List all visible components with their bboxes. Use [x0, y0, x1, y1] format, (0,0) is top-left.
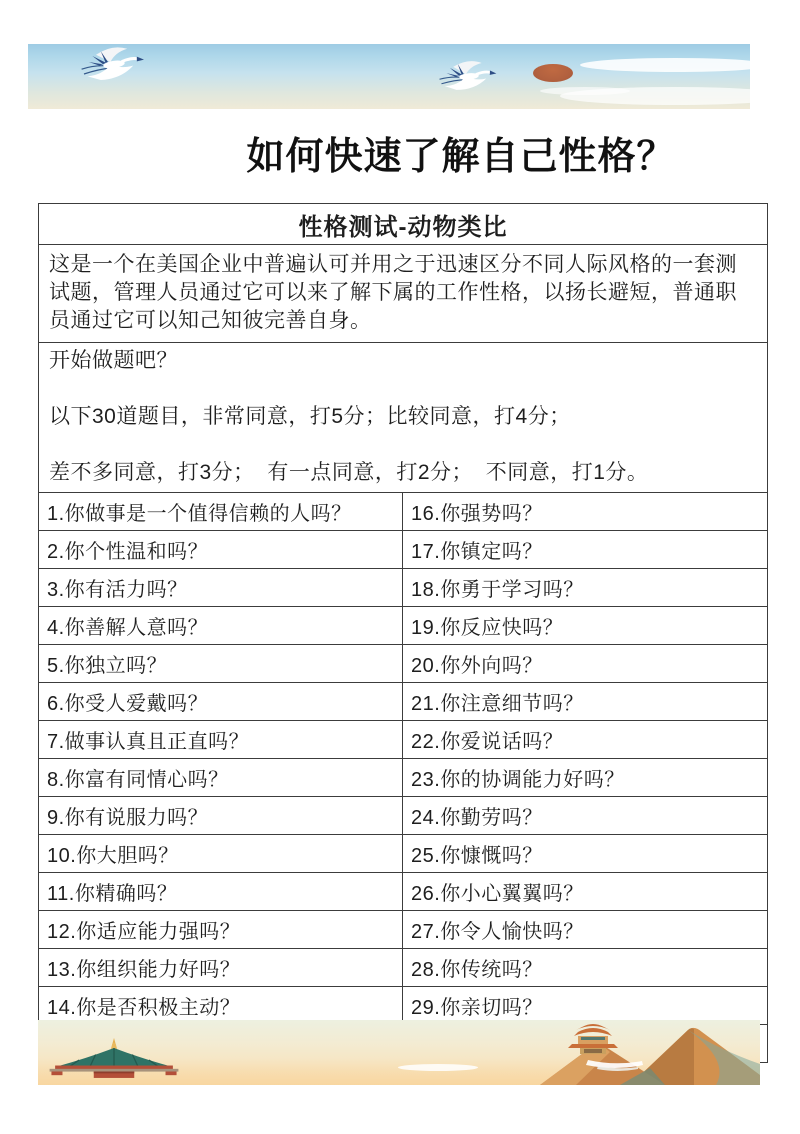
question-cell: 17.你镇定吗？	[403, 531, 767, 568]
question-cell: 7.做事认真且正直吗？	[39, 721, 403, 758]
table-row: 14.你是否积极主动？ 29.你亲切吗？	[39, 986, 767, 1024]
question-cell: 22.你爱说话吗？	[403, 721, 767, 758]
gate-tower-icon	[568, 1024, 618, 1054]
table-row: 8.你富有同情心吗？ 23.你的协调能力好吗？	[39, 758, 767, 796]
question-cell: 8.你富有同情心吗？	[39, 759, 403, 796]
table-row: 5.你独立吗？ 20.你外向吗？	[39, 644, 767, 682]
question-cell: 16.你强势吗？	[403, 493, 767, 530]
question-cell: 9.你有说服力吗？	[39, 797, 403, 834]
question-cell: 18.你勇于学习吗？	[403, 569, 767, 606]
cloud-shape	[580, 58, 750, 72]
crane-icon	[425, 56, 513, 98]
question-cell: 12.你适应能力强吗？	[39, 911, 403, 948]
question-cell: 2.你个性温和吗？	[39, 531, 403, 568]
mountains-icon	[480, 1020, 760, 1085]
instruction-line: 开始做题吧？	[49, 349, 178, 372]
table-header: 性格测试-动物类比	[39, 204, 767, 244]
question-cell: 25.你慷慨吗？	[403, 835, 767, 872]
footer-banner	[38, 1020, 760, 1085]
table-row: 6.你受人爱戴吗？ 21.你注意细节吗？	[39, 682, 767, 720]
header-banner	[28, 44, 750, 109]
table-row: 1.你做事是一个值得信赖的人吗？ 16.你强势吗？	[39, 492, 767, 530]
table-row: 10.你大胆吗？ 25.你慷慨吗？	[39, 834, 767, 872]
table-row: 12.你适应能力强吗？ 27.你令人愉快吗？	[39, 910, 767, 948]
question-cell: 4.你善解人意吗？	[39, 607, 403, 644]
page-title: 如何快速了解自己性格？	[0, 132, 800, 182]
instruction-line: 以下30道题目，非常同意，打5分；比较同意，打4分；	[49, 405, 571, 428]
question-cell: 23.你的协调能力好吗？	[403, 759, 767, 796]
question-cell: 3.你有活力吗？	[39, 569, 403, 606]
table-row: 4.你善解人意吗？ 19.你反应快吗？	[39, 606, 767, 644]
table-row: 3.你有活力吗？ 18.你勇于学习吗？	[39, 568, 767, 606]
intro-paragraph: 这是一个在美国企业中普遍认可并用之于迅速区分不同人际风格的一套测试题，管理人员通…	[39, 244, 767, 342]
question-cell: 26.你小心翼翼吗？	[403, 873, 767, 910]
question-cell: 27.你令人愉快吗？	[403, 911, 767, 948]
sun-icon	[533, 64, 573, 82]
question-cell: 13.你组织能力好吗？	[39, 949, 403, 986]
question-cell: 24.你勤劳吗？	[403, 797, 767, 834]
cloud-shape	[540, 87, 630, 95]
crane-icon	[64, 44, 164, 86]
table-row: 2.你个性温和吗？ 17.你镇定吗？	[39, 530, 767, 568]
question-cell: 11.你精确吗？	[39, 873, 403, 910]
question-cell: 5.你独立吗？	[39, 645, 403, 682]
question-cell: 1.你做事是一个值得信赖的人吗？	[39, 493, 403, 530]
instructions-paragraph: 开始做题吧？ 以下30道题目，非常同意，打5分；比较同意，打4分； 差不多同意，…	[39, 342, 767, 492]
question-cell: 14.你是否积极主动？	[39, 987, 403, 1024]
table-row: 7.做事认真且正直吗？ 22.你爱说话吗？	[39, 720, 767, 758]
question-cell: 20.你外向吗？	[403, 645, 767, 682]
question-cell: 29.你亲切吗？	[403, 987, 767, 1024]
table-row: 13.你组织能力好吗？ 28.你传统吗？	[39, 948, 767, 986]
table-row: 9.你有说服力吗？ 24.你勤劳吗？	[39, 796, 767, 834]
question-cell: 10.你大胆吗？	[39, 835, 403, 872]
page: 如何快速了解自己性格？ 性格测试-动物类比 这是一个在美国企业中普遍认可并用之于…	[0, 0, 800, 1134]
instruction-line: 差不多同意，打3分； 有一点同意，打2分； 不同意，打1分。	[49, 461, 648, 484]
question-cell: 19.你反应快吗？	[403, 607, 767, 644]
question-cell: 28.你传统吗？	[403, 949, 767, 986]
personality-test-table: 性格测试-动物类比 这是一个在美国企业中普遍认可并用之于迅速区分不同人际风格的一…	[38, 203, 768, 1063]
question-cell: 6.你受人爱戴吗？	[39, 683, 403, 720]
table-row: 11.你精确吗？ 26.你小心翼翼吗？	[39, 872, 767, 910]
pagoda-icon	[44, 1037, 184, 1083]
question-cell: 21.你注意细节吗？	[403, 683, 767, 720]
cloud-shape	[398, 1064, 478, 1071]
